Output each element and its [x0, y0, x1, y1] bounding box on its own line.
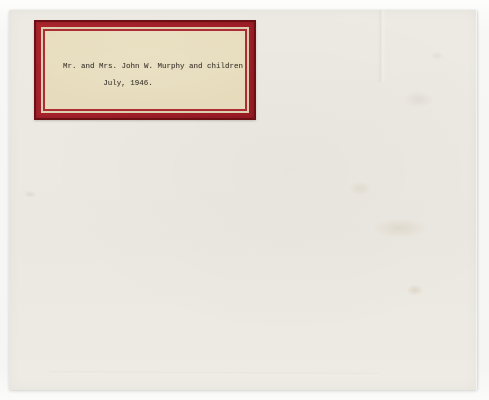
caption-line-1: Mr. and Mrs. John W. Murphy and children: [63, 62, 243, 72]
paper-crease-vertical: [377, 10, 386, 82]
paper-crease-horizontal: [49, 371, 379, 376]
caption-line-2: July, 1946.: [103, 79, 153, 89]
caption-label: Mr. and Mrs. John W. Murphy and children…: [34, 20, 256, 120]
caption-label-border-gap: Mr. and Mrs. John W. Murphy and children…: [41, 27, 249, 113]
album-page: Mr. and Mrs. John W. Murphy and children…: [9, 10, 477, 390]
scan-background: Mr. and Mrs. John W. Murphy and children…: [0, 0, 489, 400]
caption-label-inner: Mr. and Mrs. John W. Murphy and children…: [43, 29, 247, 111]
